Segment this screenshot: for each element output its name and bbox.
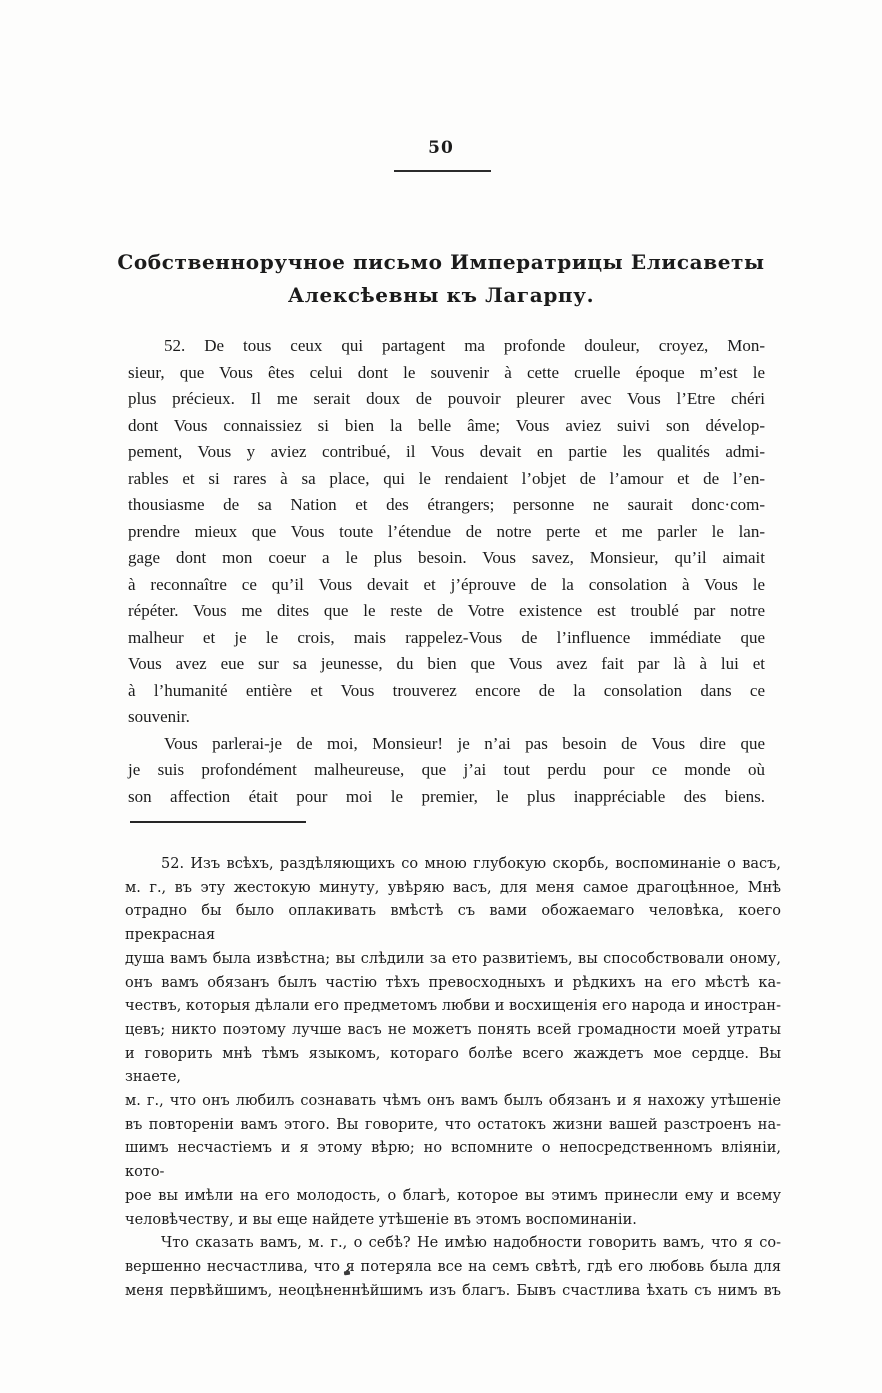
french-text-line: pement, Vous y aviez contribué, il Vous … xyxy=(128,439,765,466)
russian-footnote-text: 52. Изъ всѣхъ, раздѣляющихъ со мною глуб… xyxy=(125,853,781,1303)
ink-speck-artifact xyxy=(344,1271,350,1276)
french-text-line: rables et si rares à sa place, qui le re… xyxy=(128,466,765,493)
french-text-line: répéter. Vous me dites que le reste de V… xyxy=(128,598,765,625)
russian-footnote-line: отрадно бы было оплакивать вмѣстѣ съ вам… xyxy=(125,900,781,947)
french-text-line: Vous avez eue sur sa jeunesse, du bien q… xyxy=(128,651,765,678)
letter-heading-line: Собственноручное письмо Императрицы Елис… xyxy=(0,246,882,279)
scanned-book-page: 50 Собственноручное письмо Императрицы Е… xyxy=(0,0,882,1393)
russian-footnote-line: цевъ; никто поэтому лучше васъ не можетъ… xyxy=(125,1019,781,1043)
russian-footnote-line: въ повтореніи вамъ этого. Вы говорите, ч… xyxy=(125,1114,781,1138)
french-text-line: sieur, que Vous êtes celui dont le souve… xyxy=(128,360,765,387)
russian-footnote-line: м. г., что онъ любилъ сознавать чѣмъ онъ… xyxy=(125,1090,781,1114)
french-letter-text: 52. De tous ceux qui partagent ma profon… xyxy=(128,333,765,810)
letter-heading-line: Алексѣевны къ Лагарпу. xyxy=(0,279,882,312)
french-text-line: souvenir. xyxy=(128,704,765,731)
russian-footnote-line: онъ вамъ обязанъ былъ частію тѣхъ превос… xyxy=(125,972,781,996)
french-text-line: plus précieux. Il me serait doux de pouv… xyxy=(128,386,765,413)
french-text-line: je suis profondément malheureuse, que j’… xyxy=(128,757,765,784)
french-text-line: gage dont mon coeur a le plus besoin. Vo… xyxy=(128,545,765,572)
russian-footnote-line: м. г., въ эту жестокую минуту, увѣряю ва… xyxy=(125,877,781,901)
french-text-line: malheur et je le crois, mais rappelez-Vo… xyxy=(128,625,765,652)
russian-footnote-line: Что сказать вамъ, м. г., о себѣ? Не имѣю… xyxy=(125,1232,781,1256)
russian-footnote-line: человѣчеству, и вы еще найдете утѣшеніе … xyxy=(125,1209,781,1233)
french-text-line: à reconnaître ce qu’il Vous devait et j’… xyxy=(128,572,765,599)
french-text-line: Vous parlerai-je de moi, Monsieur! je n’… xyxy=(128,731,765,758)
french-text-line: 52. De tous ceux qui partagent ma profon… xyxy=(128,333,765,360)
french-text-line: thousiasme de sa Nation et des étrangers… xyxy=(128,492,765,519)
russian-footnote-line: чествъ, которыя дѣлали его предметомъ лю… xyxy=(125,995,781,1019)
french-text-line: prendre mieux que Vous toute l’étendue d… xyxy=(128,519,765,546)
page-number-rule xyxy=(394,170,491,172)
russian-footnote-line: рое вы имѣли на его молодость, о благѣ, … xyxy=(125,1185,781,1209)
letter-heading: Собственноручное письмо Императрицы Елис… xyxy=(0,246,882,312)
russian-footnote-line: душа вамъ была извѣстна; вы слѣдили за е… xyxy=(125,948,781,972)
page-number: 50 xyxy=(0,138,882,158)
french-text-line: dont Vous connaissiez si bien la belle â… xyxy=(128,413,765,440)
french-text-line: son affection était pour moi le premier,… xyxy=(128,784,765,811)
footnote-separator-rule xyxy=(130,821,306,823)
french-text-line: à l’humanité entière et Vous trouverez e… xyxy=(128,678,765,705)
russian-footnote-line: шимъ несчастіемъ и я этому вѣрю; но вспо… xyxy=(125,1137,781,1184)
russian-footnote-line: 52. Изъ всѣхъ, раздѣляющихъ со мною глуб… xyxy=(125,853,781,877)
russian-footnote-line: вершенно несчастлива, что я потеряла все… xyxy=(125,1256,781,1280)
russian-footnote-line: и говорить мнѣ тѣмъ языкомъ, котораго бо… xyxy=(125,1043,781,1090)
russian-footnote-line: меня первѣйшимъ, неоцѣненнѣйшимъ изъ бла… xyxy=(125,1280,781,1304)
